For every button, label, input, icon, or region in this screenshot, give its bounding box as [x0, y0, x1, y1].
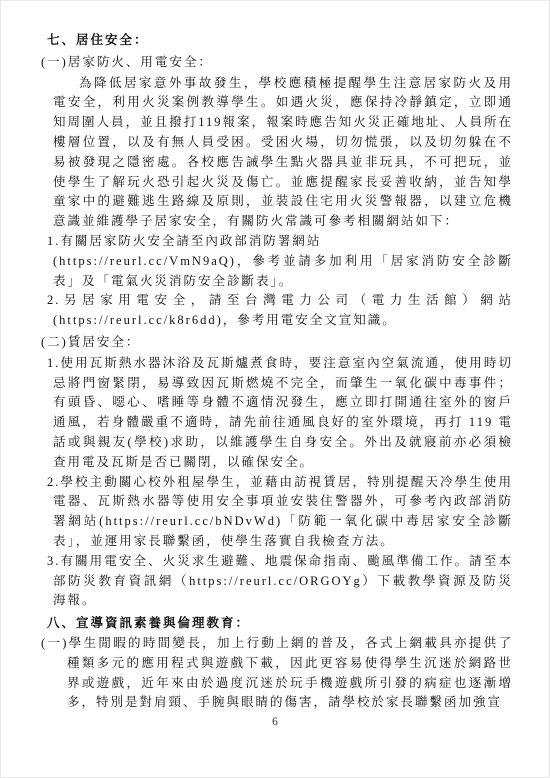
section7-sub1-paragraph: 為降低居家意外事故發生，學校應積極提醒學生注意居家防火及用電安全，利用火災案例教… — [41, 74, 513, 232]
document-page: 七、居住安全： (一)居家防火、用電安全： 為降低居家意外事故發生，學校應積極提… — [0, 0, 550, 778]
section7-sub2-item-3: 3.有關用電安全、火災求生避難、地震保命指南、颱風準備工作。請至本部防災教育資訊… — [41, 552, 513, 611]
section8-sub1-paragraph: (一)學生閒暇的時間變長，加上行動上網的普及，各式上網載具亦提供了種類多元的應用… — [41, 634, 513, 713]
section7-heading: 七、居住安全： — [47, 31, 513, 51]
page-number: 6 — [1, 713, 549, 733]
section7-sub1-item-2: 2.另居家用電安全，請至台灣電力公司（電力生活館）網站(https://reur… — [41, 291, 513, 331]
section7-sub1-heading: (一)居家防火、用電安全： — [41, 53, 513, 73]
section7-sub2-item-1: 1.使用瓦斯熱水器沐浴及瓦斯爐煮食時，要注意室內空氣流通，使用時切忌將門窗緊閉，… — [41, 354, 513, 473]
section8-heading: 八、宣導資訊素養與倫理教育： — [47, 614, 513, 634]
section7-sub2-item-2: 2.學校主動關心校外租屋學生，並藉由訪視賃居，特別提醒天冷學生使用電器、瓦斯熱水… — [41, 473, 513, 552]
section7-sub2-heading: (二)賃居安全： — [41, 333, 513, 353]
section7-sub1-item-1: 1.有關居家防火安全請至內政部消防署網站 (https://reurl.cc/V… — [41, 232, 513, 291]
